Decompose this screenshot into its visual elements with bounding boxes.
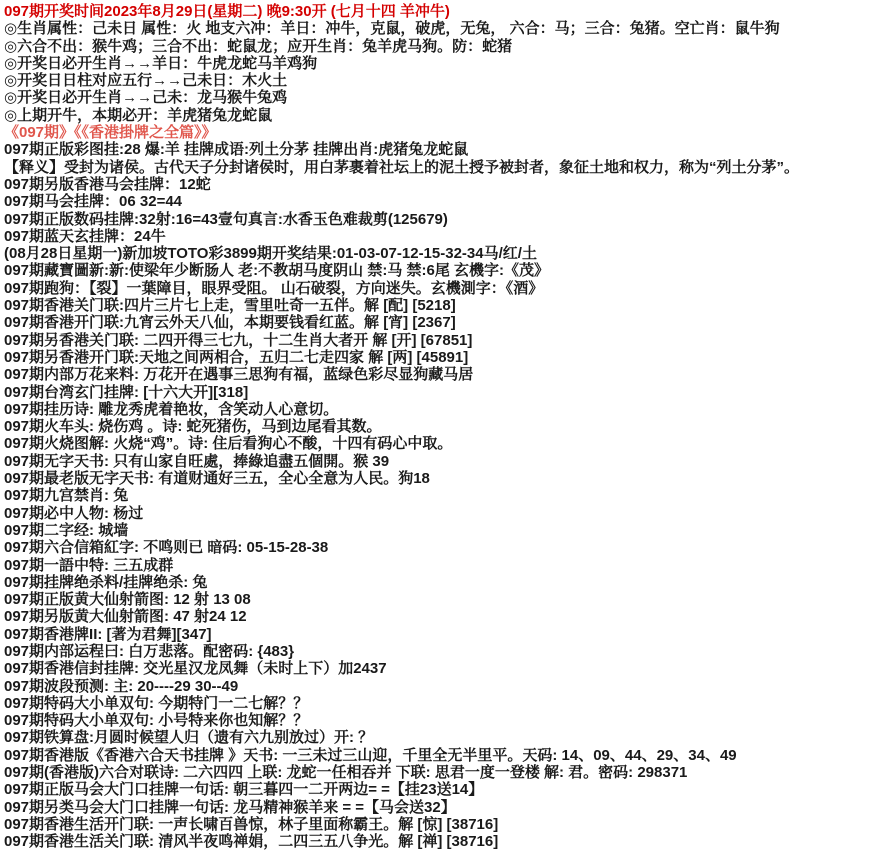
text-line: ◎生肖属性：己未日 属性：火 地支六冲：羊日：冲牛，克鼠，破虎，无兔， 六合：马… (4, 20, 888, 37)
text-line: 097期香港开门联:九宵云外天八仙，本期要钱看红蓝。解 [宵] [2367] (4, 314, 888, 331)
lottery-info-page: 097期开奖时间2023年8月29日(星期二) 晚9:30开 (七月十四 羊冲牛… (0, 0, 890, 851)
text-line: 097期(香港版)六合对联诗: 二六四四 上联: 龙蛇一任相吞并 下联: 思君一… (4, 764, 888, 781)
text-line: 097期内部万花来料: 万花开在遇事三思狗有福，蓝绿色彩尽显狗藏马居 (4, 366, 888, 383)
text-line: 097期六合信箱紅字: 不鸣则已 暗码: 05-15-28-38 (4, 539, 888, 556)
draw-header-line: 097期开奖时间2023年8月29日(星期二) 晚9:30开 (七月十四 羊冲牛… (4, 3, 888, 20)
text-line: ◎六合不出：猴牛鸡；三合不出：蛇鼠龙；应开生肖：兔羊虎马狗。防：蛇猪 (4, 38, 888, 55)
text-line: 097期内部运程曰: 白万悲落。配密码: {483} (4, 643, 888, 660)
text-line: 097期铁算盘:月圆时候望人归（遗有六九别放过）开: ？ (4, 729, 888, 746)
text-line: 097期另版香港马会挂牌：12蛇 (4, 176, 888, 193)
text-line: 【释义】受封为诸侯。古代天子分封诸侯时，用白茅裹着社坛上的泥土授予被封者，象征土… (4, 159, 888, 176)
text-line: 097期特码大小单双句: 小号特来你也知解？？ (4, 712, 888, 729)
text-line: 097期火烧图解: 火烧“鸡”。诗: 住后看狗心不酸，十四有码心中取。 (4, 435, 888, 452)
text-line: 097期正版彩图挂:28 爆:羊 挂牌成语:列土分茅 挂牌出肖:虎猪兔龙蛇鼠 (4, 141, 888, 158)
text-line: 097期正版数码挂牌:32射:16=43壹句真言:水香玉色难裁剪(125679) (4, 211, 888, 228)
text-line: 097期一語中特: 三五成群 (4, 557, 888, 574)
text-line: 《097期》《《香港掛牌之全篇》》 (4, 124, 888, 141)
text-line: 097期波段预测: 主: 20----29 30--49 (4, 678, 888, 695)
text-line: 097期台湾玄门挂牌: [十六大开][318] (4, 384, 888, 401)
text-line: 097期另香港开门联:天地之间两相合，五归二七走四家 解 [两] [45891] (4, 349, 888, 366)
text-line: 097期藏寶圖新:新:使梁年少断肠人 老:不教胡马度阴山 禁:马 禁:6尾 玄機… (4, 262, 888, 279)
text-line: 097期最老版无字天书: 有道财通好三五，全心全意为人民。狗18 (4, 470, 888, 487)
text-line: 097期正版黄大仙射箭图: 12 射 13 08 (4, 591, 888, 608)
text-line: ◎开奖日必开生肖→→羊日：牛虎龙蛇马羊鸡狗 (4, 55, 888, 72)
text-line: 097期香港版《香港六合天书挂牌 》天书: 一三未过三山迎，千里全无半里平。天码… (4, 747, 888, 764)
text-line: 097期跑狗：【裂】一葉障目，眼界受阻。 山石破裂，方向迷失。玄機測字：《酒》 (4, 280, 888, 297)
text-line: ◎上期开牛，本期必开：羊虎猪兔龙蛇鼠 (4, 107, 888, 124)
text-line: 097期香港牌II: [著为君舞][347] (4, 626, 888, 643)
text-line: 097期挂历诗: 雕龙秀虎着艳妆，含笑动人心意切。 (4, 401, 888, 418)
text-line: 097期特码大小单双句: 今期特门一二七解？？ (4, 695, 888, 712)
text-line: 097期挂牌绝杀料/挂牌绝杀: 兔 (4, 574, 888, 591)
text-line: 097期香港生活关门联: 清风半夜鸣禅娟，二四三五八争光。解 [禅] [3871… (4, 833, 888, 850)
text-line: 097期香港信封挂牌: 交光星汉龙凤舞（未时上下）加2437 (4, 660, 888, 677)
text-line: ◎开奖日日柱对应五行→→己未日：木火土 (4, 72, 888, 89)
text-line: 097期必中人物: 杨过 (4, 505, 888, 522)
text-line: (08月28日星期一)新加坡TOTO彩3899期开奖结果:01-03-07-12… (4, 245, 888, 262)
text-line: 097期火车头: 烧伤鸡 。诗: 蛇死猪伤，马到边尾看其数。 (4, 418, 888, 435)
text-line: 097期另类马会大门口挂牌一句话: 龙马精神猴羊来 = =【马会送32】 (4, 799, 888, 816)
text-line: 097期二字经: 城墙 (4, 522, 888, 539)
text-line: 097期另版黄大仙射箭图: 47 射24 12 (4, 608, 888, 625)
text-line: 097期另香港关门联: 二四开得三七九，十二生肖大者开 解 [开] [67851… (4, 332, 888, 349)
text-line: 097期蓝天玄挂牌：24牛 (4, 228, 888, 245)
text-line: ◎开奖日必开生肖→→己未：龙马猴牛兔鸡 (4, 89, 888, 106)
text-line: 097期无字天书: 只有山家自旺處，捧綠追盡五個開。猴 39 (4, 453, 888, 470)
text-line: 097期正版马会大门口挂牌一句话: 朝三暮四一二开两边= =【挂23送14】 (4, 781, 888, 798)
text-line: 097期马会挂牌：06 32=44 (4, 193, 888, 210)
text-line: 097期香港关门联:四片三片七上走，雪里吐奇一五伴。解 [配] [5218] (4, 297, 888, 314)
text-line: 097期香港生活开门联: 一声长啸百兽惊，林子里面称霸王。解 [惊] [3871… (4, 816, 888, 833)
text-line: 097期九宫禁肖: 兔 (4, 487, 888, 504)
